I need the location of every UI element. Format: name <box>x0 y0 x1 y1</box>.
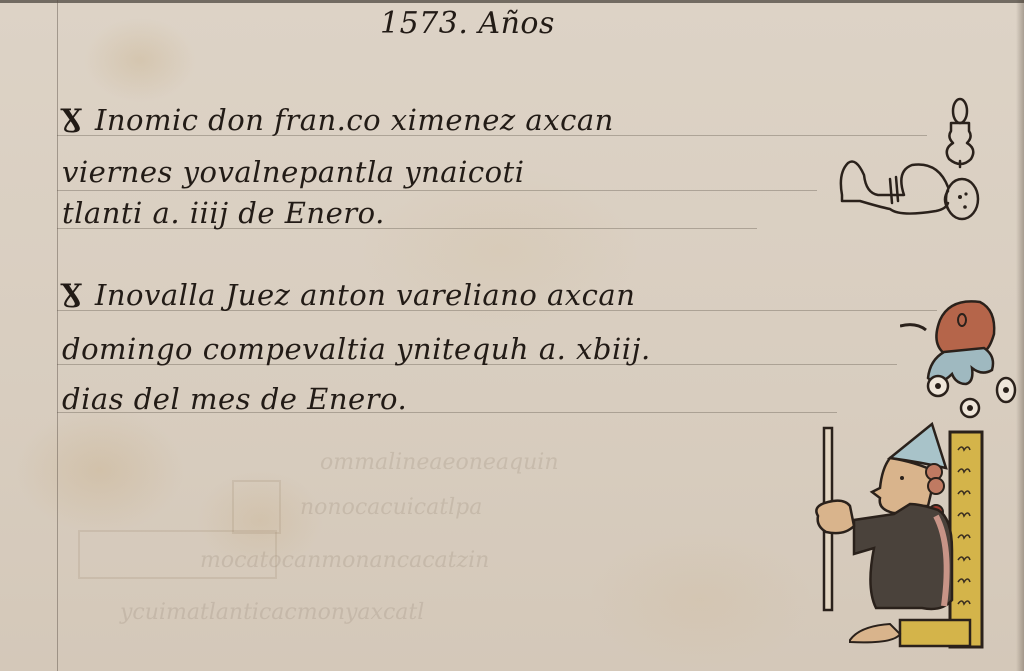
feather-headdress-glyph <box>900 290 1024 420</box>
entry-2-line-1: ƔInovalla Juez anton vareliano axcan <box>60 278 635 312</box>
entry-1-line-2: viernes yovalnepantla ynaicoti <box>62 155 524 189</box>
bleed-through-text: nonocacuicatlpa <box>300 495 482 520</box>
paragraph-mark: Ɣ <box>60 103 83 137</box>
page-heading: 1573. Años <box>380 6 555 41</box>
entry-text: Inomic don fran.co ximenez axcan <box>95 103 614 137</box>
reclining-figure-glyph <box>830 95 990 235</box>
entry-text: Inovalla Juez anton vareliano axcan <box>95 278 636 312</box>
entry-1-line-3: tlanti a. iiij de Enero. <box>62 196 385 230</box>
margin-rule <box>57 0 58 671</box>
seated-ruler-glyph <box>810 420 1024 671</box>
bleed-through-box <box>232 480 281 534</box>
bleed-through-text: ommalineaeoneaquin <box>320 450 559 475</box>
paragraph-mark: Ɣ <box>60 278 83 312</box>
manuscript-page: ommalineaeoneaquin nonocacuicatlpa mocat… <box>0 0 1024 671</box>
entry-2-line-3: dias del mes de Enero. <box>62 382 407 416</box>
ruling-line <box>57 190 817 191</box>
bleed-through-text: ycuimatlanticacmonyaxcatl <box>120 600 424 625</box>
entry-1-line-1: ƔInomic don fran.co ximenez axcan <box>60 103 614 137</box>
entry-2-line-2: domingo compevaltia ynitequh a. xbiij. <box>62 332 651 366</box>
page-top-edge <box>0 0 1024 3</box>
bleed-through-box <box>78 530 277 579</box>
